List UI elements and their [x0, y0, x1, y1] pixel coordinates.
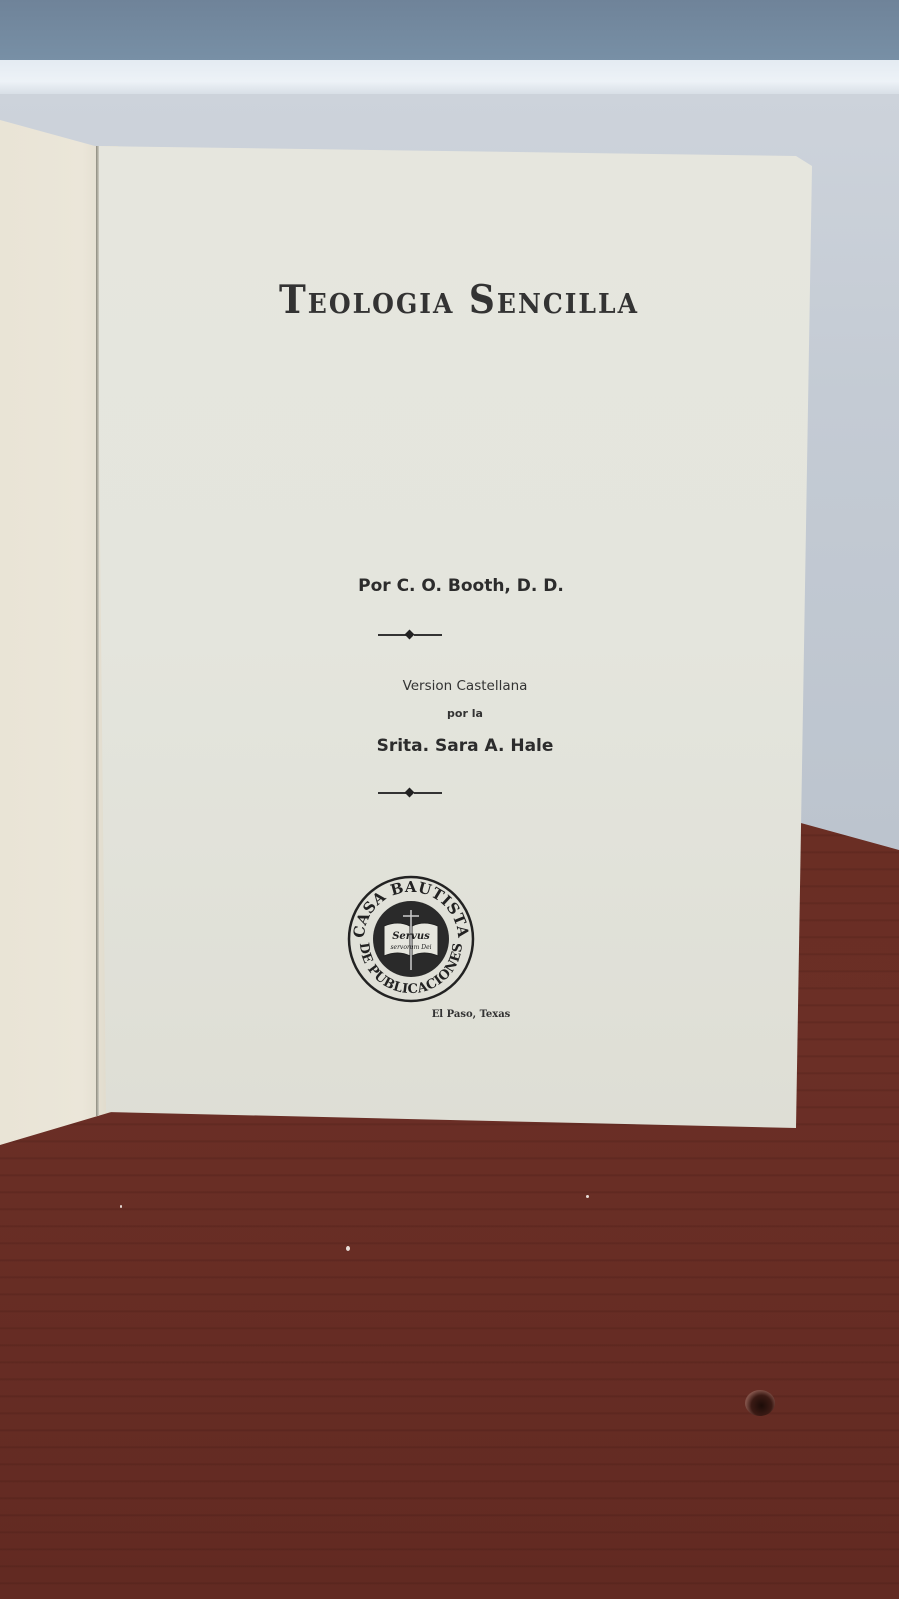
wood-knot [745, 1390, 775, 1416]
translation-line: Version Castellana [96, 678, 812, 694]
svg-text:Servus: Servus [392, 931, 430, 942]
title-page-content: Teologia Sencilla Por C. O. Booth, D. D.… [96, 144, 812, 1124]
publisher-location: El Paso, Texas [96, 1009, 812, 1020]
wall-trim [0, 60, 899, 96]
por-la-line: por la [96, 707, 812, 720]
table-speck [586, 1195, 589, 1198]
translator-line: Srita. Sara A. Hale [96, 736, 812, 756]
table-speck [120, 1205, 122, 1208]
publisher-seal-icon: CASA BAUTISTA DE PUBLICACIONES Servus se… [346, 874, 476, 1004]
author-line: Por C. O. Booth, D. D. [96, 576, 812, 596]
ornament-divider-icon [378, 788, 442, 798]
table-speck [346, 1246, 350, 1251]
wall-upper [0, 0, 899, 62]
book-title: Teologia Sencilla [96, 277, 812, 323]
ornament-divider-icon [378, 630, 442, 640]
svg-text:servorum Dei: servorum Dei [390, 944, 431, 951]
